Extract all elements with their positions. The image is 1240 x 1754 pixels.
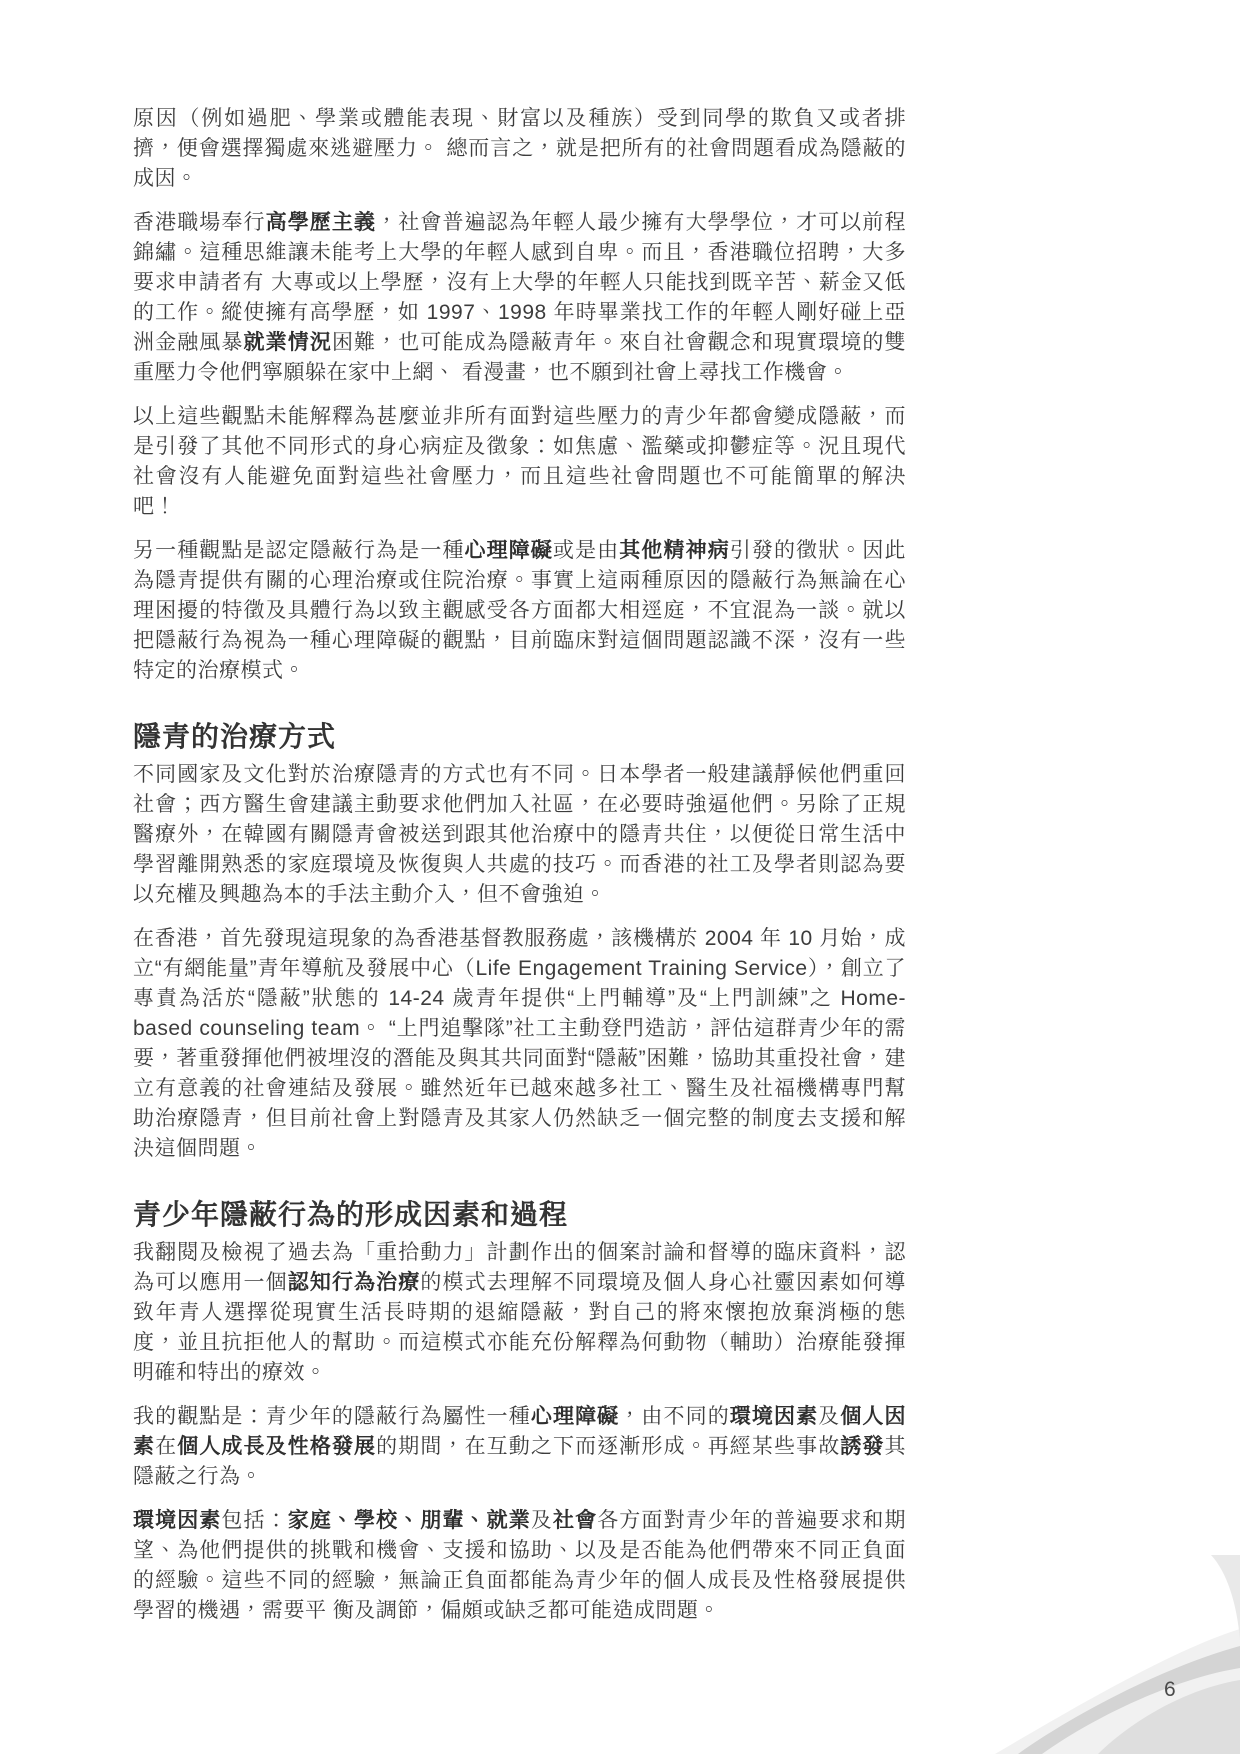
text-run: 環境因素 xyxy=(133,1509,221,1532)
text-run: 不同國家及文化對於治療隱青的方式也有不同。日本學者一般建議靜候他們重回社會；西方… xyxy=(133,763,906,906)
text-run: 包括： xyxy=(221,1509,287,1532)
paragraph-3: 以上這些觀點未能解釋為甚麼並非所有面對這些壓力的青少年都會變成隱蔽，而是引發了其… xyxy=(133,402,906,522)
corner-decoration xyxy=(940,1534,1240,1754)
section-heading-treatment: 隱青的治療方式 xyxy=(133,720,906,754)
text-run: 就業情況 xyxy=(244,331,332,354)
text-run: 或是由 xyxy=(553,539,619,562)
text-run: 家庭、學校、朋輩、就業 xyxy=(288,1509,531,1532)
text-run: 社會 xyxy=(553,1509,597,1532)
text-run: 心理障礙 xyxy=(531,1405,619,1428)
paragraph-9: 環境因素包括：家庭、學校、朋輩、就業及社會各方面對青少年的普遍要求和期望、為他們… xyxy=(133,1506,906,1626)
paragraph-2: 香港職場奉行高學歷主義，社會普遍認為年輕人最少擁有大學學位，才可以前程錦繡。這種… xyxy=(133,208,906,388)
document-page: 原因（例如過肥、學業或體能表現、財富以及種族）受到同學的欺負又或者排擠，便會選擇… xyxy=(0,0,1240,1754)
document-content: 原因（例如過肥、學業或體能表現、財富以及種族）受到同學的欺負又或者排擠，便會選擇… xyxy=(133,104,906,1640)
paragraph-1: 原因（例如過肥、學業或體能表現、財富以及種族）受到同學的欺負又或者排擠，便會選擇… xyxy=(133,104,906,194)
text-run: 在 xyxy=(155,1435,177,1458)
text-run: 心理障礙 xyxy=(465,539,553,562)
text-run: 另一種觀點是認定隱蔽行為是一種 xyxy=(133,539,465,562)
text-run: 的期間，在互動之下而逐漸形成。再經某些事故 xyxy=(376,1435,840,1458)
page-number: 6 xyxy=(1164,1678,1176,1702)
text-run: 個人成長及性格發展 xyxy=(177,1435,376,1458)
text-run: 及 xyxy=(531,1509,553,1532)
text-run: 其他精神病 xyxy=(619,539,730,562)
text-run: 在香港，首先發現這現象的為香港基督教服務處，該機構於 2004 年 10 月始，… xyxy=(133,927,906,1160)
text-run: 及 xyxy=(818,1405,840,1428)
paragraph-6: 在香港，首先發現這現象的為香港基督教服務處，該機構於 2004 年 10 月始，… xyxy=(133,924,906,1164)
corner-sliver-shape xyxy=(1211,1555,1240,1640)
paragraph-4: 另一種觀點是認定隱蔽行為是一種心理障礙或是由其他精神病引發的徵狀。因此為隱青提供… xyxy=(133,536,906,686)
text-run: 誘發 xyxy=(840,1435,884,1458)
section-heading-formation: 青少年隱蔽行為的形成因素和過程 xyxy=(133,1198,906,1232)
text-run: 認知行為治療 xyxy=(288,1271,421,1294)
paragraph-5: 不同國家及文化對於治療隱青的方式也有不同。日本學者一般建議靜候他們重回社會；西方… xyxy=(133,760,906,910)
text-run: 環境因素 xyxy=(730,1405,818,1428)
text-run: 我的觀點是：青少年的隱蔽行為屬性一種 xyxy=(133,1405,531,1428)
paragraph-8: 我的觀點是：青少年的隱蔽行為屬性一種心理障礙，由不同的環境因素及個人因素在個人成… xyxy=(133,1402,906,1492)
text-run: 以上這些觀點未能解釋為甚麼並非所有面對這些壓力的青少年都會變成隱蔽，而是引發了其… xyxy=(133,405,906,518)
text-run: 香港職場奉行 xyxy=(133,211,266,234)
paragraph-7: 我翻閱及檢視了過去為「重拾動力」計劃作出的個案討論和督導的臨床資料，認為可以應用… xyxy=(133,1238,906,1388)
text-run: 原因（例如過肥、學業或體能表現、財富以及種族）受到同學的欺負又或者排擠，便會選擇… xyxy=(133,107,906,190)
text-run: ，由不同的 xyxy=(619,1405,730,1428)
text-run: 高學歷主義 xyxy=(266,211,377,234)
